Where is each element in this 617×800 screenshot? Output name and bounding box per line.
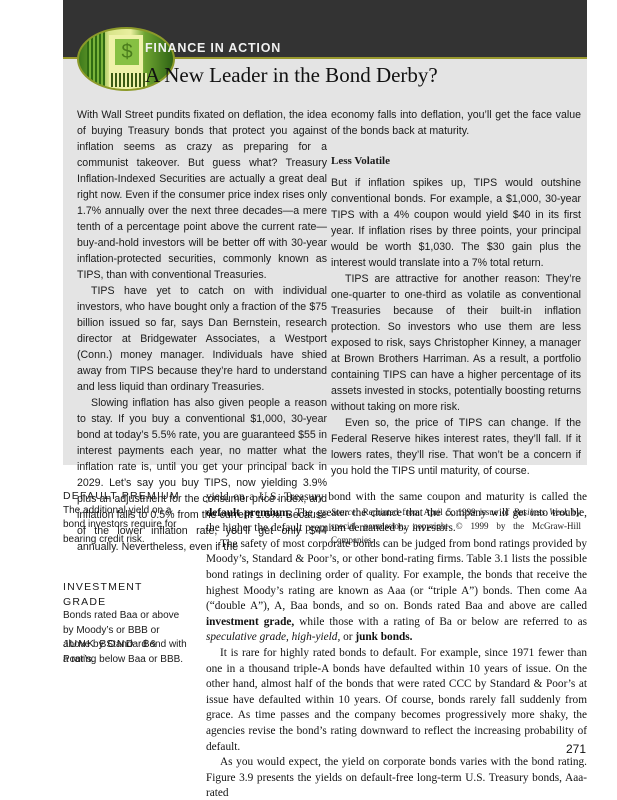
box-right-column: economy falls into deflation, you’ll get… (331, 107, 581, 547)
box-title: A New Leader in the Bond Derby? (145, 63, 438, 88)
box-paragraph-continuation: economy falls into deflation, you’ll get… (331, 107, 581, 139)
page-number: 271 (566, 742, 586, 756)
glossary-term: DEFAULT PREMIUM (63, 489, 188, 504)
box-paragraph: With Wall Street pundits fixated on defl… (77, 107, 327, 283)
box-paragraph: TIPS have yet to catch on with individua… (77, 283, 327, 395)
box-paragraph: TIPS are attractive for another reason: … (331, 271, 581, 415)
text-run: The safety of most corporate bonds can b… (206, 538, 587, 612)
box-left-column: With Wall Street pundits fixated on defl… (77, 107, 327, 555)
dollar-sign-icon: $ (115, 39, 139, 65)
key-term-default-premium: default premium. (206, 507, 291, 519)
text-run: while those with a rating of Ba or below… (294, 616, 587, 628)
italic-terms: speculative grade, high-yield, (206, 631, 340, 643)
glossary-term: INVESTMENT GRADE (63, 580, 188, 609)
glossary-entry-default-premium: DEFAULT PREMIUM The additional yield on … (63, 489, 188, 547)
glossary-term: JUNK BOND (63, 638, 134, 650)
key-term-junk-bonds: junk bonds. (355, 631, 412, 643)
key-term-investment-grade: investment grade, (206, 616, 294, 628)
text-run: yield on a U.S. Treasury bond with the s… (206, 491, 587, 503)
body-paragraph: It is rare for highly rated bonds to def… (206, 646, 587, 755)
box-paragraph: Even so, the price of TIPS can change. I… (331, 415, 581, 479)
body-paragraph: The safety of most corporate bonds can b… (206, 537, 587, 646)
box-kicker: FINANCE IN ACTION (145, 41, 281, 55)
body-paragraph: As you would expect, the yield on corpor… (206, 755, 587, 800)
logo-stripes (87, 29, 105, 91)
body-paragraph: yield on a U.S. Treasury bond with the s… (206, 490, 587, 537)
box-paragraph: But if inflation spikes up, TIPS would o… (331, 175, 581, 271)
glossary-definition: The additional yield on a bond investors… (63, 504, 188, 548)
glossary-entry-junk-bond: JUNK BOND Bond with a rating below Baa o… (63, 637, 188, 667)
logo-windows (111, 73, 147, 87)
main-body-text: yield on a U.S. Treasury bond with the s… (206, 490, 587, 800)
text-run: or (340, 631, 355, 643)
box-subhead: Less Volatile (331, 153, 581, 169)
